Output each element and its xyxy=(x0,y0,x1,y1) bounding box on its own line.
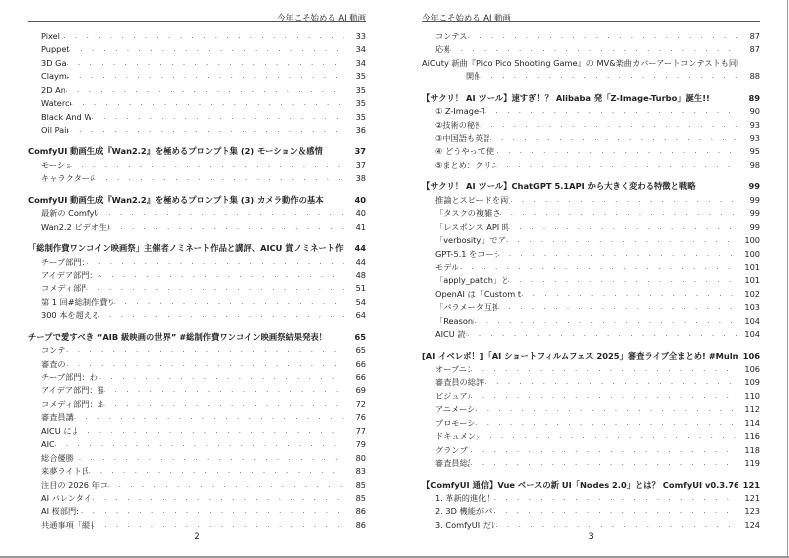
dot-leader xyxy=(81,505,344,518)
toc-entry[interactable]: 300 本を超える作品を見た来夢ライト氏の講評64 xyxy=(28,309,366,322)
toc-entry-page: 116 xyxy=(738,430,760,443)
toc-entry[interactable]: 「タスクの複雑さに応じて考える時間を変える」モデル99 xyxy=(422,207,760,220)
toc-section-entry[interactable]: ComfyUI 動画生成『Wan2.2』を極めるプロンプト集 (2) モーション… xyxy=(28,146,366,159)
toc-entry[interactable]: Watercolor Painting35 xyxy=(28,97,366,110)
toc-entry-title: [AI イベレポ！]「AI ショートフィルムフェス 2025」審査ライブ全まとめ… xyxy=(422,350,738,363)
dot-leader xyxy=(99,371,344,384)
toc-entry-title: AiCuty 新曲『Pico Pico Shooting Game』の MV&楽… xyxy=(422,57,738,70)
dot-leader xyxy=(521,288,738,301)
left-page: 今年こそ始める AI 動画 Pixel Art Style33Puppet An… xyxy=(0,0,394,556)
toc-section-entry[interactable]: [AI イベレポ！]「AI ショートフィルムフェス 2025」審査ライブ全まとめ… xyxy=(422,350,760,363)
toc-section-entry[interactable]: チープで愛すべき “AIB 級映画の世界” #総制作費ワンコイン映画祭結果発表！… xyxy=(28,331,366,344)
toc-entry-page: 99 xyxy=(738,221,760,234)
toc-entry-title: 審査員の総評・応募作品の傾向について xyxy=(435,376,484,389)
toc-entry[interactable]: アイデア部門：その手があったか！ 斜め上の発想48 xyxy=(28,269,366,282)
toc-entry-page: 37 xyxy=(344,159,366,172)
toc-entry-title: オープニング・審査員紹介 xyxy=(435,363,470,376)
dot-leader xyxy=(468,30,738,43)
toc-entry[interactable]: アニメーション部門審査・発表112 xyxy=(422,403,760,416)
dot-leader xyxy=(65,84,344,97)
dot-leader xyxy=(467,328,738,341)
dot-leader xyxy=(484,105,738,118)
toc-entry-title: Oil Painting Style xyxy=(41,124,68,137)
toc-entry-page: 106 xyxy=(738,363,760,376)
toc-entry-page: 76 xyxy=(344,411,366,424)
toc-entry-title: 【ComfyUI 通信】Vue ベースの新 UI「Nodes 2.0」とは？ C… xyxy=(422,479,738,492)
toc-entry[interactable]: コンテストの概要65 xyxy=(28,344,366,357)
toc-entry[interactable]: 審査員の総評・応募作品の傾向について109 xyxy=(422,377,760,390)
dot-leader xyxy=(506,234,738,247)
toc-entry[interactable]: 第 1 回#総制作費ワンコイン映画祭 AICU 賞ノミネート作品一覧54 xyxy=(28,296,366,309)
toc-entry-page: 40 xyxy=(344,207,366,220)
toc-entry-page: 72 xyxy=(344,398,366,411)
toc-entry-page: 95 xyxy=(738,145,760,158)
toc-entry-title: コメディ部門：理屈抜きに笑える！ xyxy=(41,282,86,295)
toc-entry-page: 54 xyxy=(344,296,366,309)
dot-leader xyxy=(69,43,344,56)
toc-entry-title: 【サクリ！ AI ツール】ChatGPT 5.1API から大きく変わる特徴と戦… xyxy=(422,180,698,193)
toc-entry[interactable]: 「レスポンス API 時代の標準モデル」として GPT-5.1 を位置づけ99 xyxy=(422,221,760,234)
running-head: 今年こそ始める AI 動画 xyxy=(277,12,366,24)
toc-entry-title: 推論とスピードを両立する新フラグシップ! 従来の API との違いは？ xyxy=(435,194,510,207)
header-rule xyxy=(28,21,366,22)
toc-entry-title: 3D Game Scene xyxy=(41,57,66,70)
dot-leader xyxy=(470,444,738,457)
toc-entry-page: 35 xyxy=(344,111,366,124)
toc-section-entry[interactable]: 【サクリ！ AI ツール】ChatGPT 5.1API から大きく変わる特徴と戦… xyxy=(422,180,760,193)
toc-entry-title: アイデア部門：その手があったか！ 斜め上の発想 xyxy=(41,269,100,282)
toc-entry-page: 80 xyxy=(344,452,366,465)
dot-leader xyxy=(54,438,344,451)
toc-entry-title: 「総制作費ワンコイン映画祭」主催者ノミネート作品と講評、AICU 賞ノミネート作… xyxy=(28,242,344,255)
toc-entry-title: アイデア部門：猫に演じさせるという「逆転の発想」 xyxy=(41,384,103,397)
dot-leader xyxy=(103,384,344,397)
toc-entry-title: ComfyUI 動画生成『Wan2.2』を極めるプロンプト集 (2) モーション… xyxy=(28,145,325,158)
toc-entry[interactable]: AICU 賞79 xyxy=(28,438,366,451)
toc-entry-page: 93 xyxy=(738,132,760,145)
toc-entry-page: 86 xyxy=(344,505,366,518)
toc-entry-title: 2D Anime Style xyxy=(41,84,65,97)
toc-entry-page: 87 xyxy=(738,30,760,43)
dot-leader xyxy=(494,505,739,518)
dot-leader xyxy=(470,363,738,376)
toc-entry-page: 69 xyxy=(344,384,366,397)
toc-entry[interactable]: 応募方法87 xyxy=(422,43,760,56)
dot-leader xyxy=(79,452,344,465)
dot-leader xyxy=(63,30,344,43)
toc-entry-page: 106 xyxy=(738,350,760,363)
toc-entry[interactable]: コメディ部門：理屈抜きに笑える！51 xyxy=(28,282,366,295)
dot-leader xyxy=(496,145,738,158)
dot-leader xyxy=(495,159,738,172)
toc-entry-page: 109 xyxy=(738,376,760,389)
toc-entry-page: 99 xyxy=(738,180,760,193)
dot-leader xyxy=(94,172,344,185)
toc-entry[interactable]: AI バレンタイン部門: マガジン表紙アート85 xyxy=(28,492,366,505)
dot-leader xyxy=(478,430,738,443)
toc-entry-title: グランプリ決定・最終審査 xyxy=(435,444,470,457)
dot-leader xyxy=(449,43,738,56)
dot-leader xyxy=(71,97,344,110)
toc-entry-title: チープ部門：わざとらしい演技と公民館のリアル xyxy=(41,371,99,384)
toc-entry-page: 51 xyxy=(344,282,366,295)
toc-entry-page: 90 xyxy=(738,105,760,118)
toc-entry[interactable]: モデルと想定用途101 xyxy=(422,261,760,274)
dot-leader xyxy=(86,282,344,295)
toc-entry-page: 44 xyxy=(344,256,366,269)
dot-leader xyxy=(460,261,738,274)
toc-entry[interactable]: ⑤まとめ：クリエイターの新しい武器になる予感！98 xyxy=(422,159,760,172)
toc-entry-page: 102 xyxy=(738,288,760,301)
toc-entry-title: アニメーション部門審査・発表 xyxy=(435,403,475,416)
toc-entry-title: Puppet Animation xyxy=(41,43,69,56)
header-rule xyxy=(422,21,760,22)
toc-entry-page: 79 xyxy=(344,438,366,451)
toc-section-entry[interactable]: 「総制作費ワンコイン映画祭」主催者ノミネート作品と講評、AICU 賞ノミネート作… xyxy=(28,242,366,255)
toc-entry-title: OpenAI は「Custom tools」と「allowed_tools」でツ… xyxy=(435,288,521,301)
toc-entry-page: 103 xyxy=(738,301,760,314)
toc-entry[interactable]: モーション (Motion)37 xyxy=(28,159,366,172)
table-of-contents: コンテストスケジュール87応募方法87AiCuty 新曲『Pico Pico S… xyxy=(422,30,760,532)
toc-entry-title: 応募方法 xyxy=(435,43,449,56)
dot-leader xyxy=(479,119,738,132)
toc-entry-title: 「パラメータ互換性とマイグレーション指針」を明示 xyxy=(435,301,497,314)
toc-entry-page: 110 xyxy=(738,390,760,403)
dot-leader xyxy=(475,417,738,430)
toc-entry[interactable]: 2D Anime Style35 xyxy=(28,84,366,97)
dot-leader xyxy=(107,479,344,492)
toc-entry-title: AI 桜部門: マガジン表紙アート xyxy=(41,505,81,518)
dot-leader xyxy=(499,207,738,220)
toc-entry[interactable]: AICU によるセレクション77 xyxy=(28,425,366,438)
toc-entry-page: 119 xyxy=(738,457,760,470)
toc-entry-page: 104 xyxy=(738,328,760,341)
toc-entry-page: 101 xyxy=(738,261,760,274)
toc-entry-page: 36 xyxy=(344,124,366,137)
toc-entry[interactable]: 来夢ライト氏によるコンテストの総括83 xyxy=(28,465,366,478)
dot-leader xyxy=(68,70,345,83)
toc-entry-title: AICU 賞 xyxy=(41,438,54,451)
toc-entry-title: ビジュアル部門審査・発表 xyxy=(435,390,470,403)
toc-entry-page: 121 xyxy=(738,492,760,505)
toc-entry-page: 37 xyxy=(344,145,366,158)
toc-entry-title: 「apply_patch」と「shell」で “本当に手を動かす AI” を目指… xyxy=(435,274,507,287)
toc-entry-title: コンテストの概要 xyxy=(41,344,66,357)
dot-leader xyxy=(489,132,738,145)
toc-entry[interactable]: プロモーション部門審査・発表114 xyxy=(422,417,760,430)
toc-entry-title: Wan2.2 ビデオ生成 ComfyUI 公式ネイティブワークフロー xyxy=(41,221,109,234)
toc-entry-page: 121 xyxy=(738,479,760,492)
toc-entry-title: 総合優勝（ワンコイン大賞） xyxy=(41,452,79,465)
toc-entry-page: 48 xyxy=(344,269,366,282)
toc-entry[interactable]: グランプリ決定・最終審査118 xyxy=(422,444,760,457)
toc-entry[interactable]: コメディ部門：おじいさんのアップにすべてを懸ける72 xyxy=(28,398,366,411)
toc-entry-title: 「タスクの複雑さに応じて考える時間を変える」モデル xyxy=(435,207,499,220)
dot-leader xyxy=(66,344,344,357)
toc-entry[interactable]: ③中国語も英語も描ける！ バイリンガル性能93 xyxy=(422,132,760,145)
toc-entry[interactable]: Black And White Animation Segment35 xyxy=(28,111,366,124)
table-of-contents: Pixel Art Style33Puppet Animation343D Ga… xyxy=(28,30,366,532)
toc-entry-title: 「レスポンス API 時代の標準モデル」として GPT-5.1 を位置づけ xyxy=(435,221,508,234)
toc-section-entry[interactable]: 【ComfyUI 通信】Vue ベースの新 UI「Nodes 2.0」とは？ C… xyxy=(422,479,760,492)
toc-entry-page: 89 xyxy=(738,92,760,105)
toc-entry-page: 65 xyxy=(344,344,366,357)
dot-leader xyxy=(470,457,738,470)
dot-leader xyxy=(475,403,738,416)
toc-entry-page: 66 xyxy=(344,358,366,371)
dot-leader xyxy=(497,248,738,261)
dot-leader xyxy=(66,57,344,70)
toc-entry-page: 112 xyxy=(738,403,760,416)
toc-entry[interactable]: Oil Painting Style36 xyxy=(28,124,366,137)
toc-entry-page: 33 xyxy=(344,30,366,43)
toc-entry-title: 「Reasoning Model」を宣言 xyxy=(435,315,474,328)
toc-entry-title: 第 1 回#総制作費ワンコイン映画祭 AICU 賞ノミネート作品一覧 xyxy=(41,296,113,309)
toc-entry[interactable]: チープ部門：予算 5 ドルの創意工夫44 xyxy=(28,256,366,269)
toc-entry-page: 104 xyxy=(738,315,760,328)
toc-entry[interactable]: ビジュアル部門審査・発表110 xyxy=(422,390,760,403)
toc-entry-page: 123 xyxy=(738,505,760,518)
dot-leader xyxy=(76,425,344,438)
dot-leader xyxy=(470,390,738,403)
toc-entry-title: 審査のコンセプト xyxy=(41,358,66,371)
toc-entry-title: ① Z-Image-Turbo って何がすごいの？ xyxy=(435,105,484,118)
toc-entry-page: 34 xyxy=(344,43,366,56)
toc-entry-title: ②技術の秘密：S3-DiT と蒸留技術 xyxy=(435,119,479,132)
toc-entry-title: ⑤まとめ：クリエイターの新しい武器になる予感！ xyxy=(435,159,495,172)
dot-leader xyxy=(497,301,738,314)
toc-section-entry[interactable]: ComfyUI 動画生成『Wan2.2』を極めるプロンプト集 (3) カメラ動作… xyxy=(28,194,366,207)
toc-entry-title: Black And White Animation Segment xyxy=(41,111,91,124)
dot-leader xyxy=(494,492,738,505)
toc-entry-title: 注目の 2026 年コンテストは、システムもパワーアップ！ xyxy=(41,479,107,492)
toc-entry[interactable]: 審査のコンセプト66 xyxy=(28,358,366,371)
toc-entry-page: 77 xyxy=(344,425,366,438)
toc-entry[interactable]: AiCuty 新曲『Pico Pico Shooting Game』の MV&楽… xyxy=(422,57,760,70)
toc-entry[interactable]: ④ どうやって使うの？（Python & ComfyUI 情報）95 xyxy=(422,146,760,159)
toc-entry-title: コメディ部門：おじいさんのアップにすべてを懸ける xyxy=(41,398,103,411)
toc-entry-page: 100 xyxy=(738,234,760,247)
toc-entry-title: ④ どうやって使うの？（Python & ComfyUI 情報） xyxy=(435,145,496,158)
dot-leader xyxy=(103,398,344,411)
toc-entry-title: ③中国語も英語も描ける！ バイリンガル性能 xyxy=(435,132,489,145)
toc-entry-title: AICU によるセレクション xyxy=(41,425,76,438)
toc-entry-title: チープ部門：予算 5 ドルの創意工夫 xyxy=(41,256,87,269)
dot-leader xyxy=(87,256,345,269)
toc-entry[interactable]: OpenAI は「Custom tools」と「allowed_tools」でツ… xyxy=(422,288,760,301)
toc-entry[interactable]: キャラクターの感情 (Character Emotion)38 xyxy=(28,172,366,185)
toc-entry-title: モーション (Motion) xyxy=(41,159,70,172)
toc-entry[interactable]: Wan2.2 ビデオ生成 ComfyUI 公式ネイティブワークフロー41 xyxy=(28,221,366,234)
toc-entry-page: 38 xyxy=(344,172,366,185)
toc-entry[interactable]: 「パラメータ互換性とマイグレーション指針」を明示103 xyxy=(422,301,760,314)
toc-entry[interactable]: 2. 3D 機能がパワーアップ！ パノラマの世界へ！123 xyxy=(422,505,760,518)
toc-entry-title: キャラクターの感情 (Character Emotion) xyxy=(41,172,94,185)
dot-leader xyxy=(484,376,738,389)
toc-entry-page: 83 xyxy=(344,465,366,478)
toc-entry[interactable]: 「verbosity」でアウトプット量も明示的にコントロールさせる100 xyxy=(422,234,760,247)
toc-entry-title: 来夢ライト氏によるコンテストの総括 xyxy=(41,465,88,478)
toc-entry-title: ComfyUI 動画生成『Wan2.2』を極めるプロンプト集 (3) カメラ動作… xyxy=(28,194,326,207)
toc-entry[interactable]: 総合優勝（ワンコイン大賞）80 xyxy=(28,452,366,465)
toc-entry[interactable]: Puppet Animation34 xyxy=(28,43,366,56)
toc-entry[interactable]: 開催中！88 xyxy=(422,70,760,83)
toc-entry-page: 85 xyxy=(344,479,366,492)
toc-entry-page: 99 xyxy=(738,207,760,220)
dot-leader xyxy=(97,207,344,220)
toc-entry-page: 98 xyxy=(738,159,760,172)
toc-entry-page: 93 xyxy=(738,119,760,132)
toc-entry-title: モデルと想定用途 xyxy=(435,261,460,274)
toc-entry[interactable]: ① Z-Image-Turbo って何がすごいの？90 xyxy=(422,105,760,118)
toc-entry[interactable]: GPT-5.1 をコーディング＆エージェント用途に最適化100 xyxy=(422,248,760,261)
toc-entry[interactable]: 審査員講評：来夢ライト76 xyxy=(28,411,366,424)
toc-entry[interactable]: 1. 革新的進化！「Nodes 2.0」で何が変わるの？121 xyxy=(422,492,760,505)
toc-entry-title: チープで愛すべき “AIB 級映画の世界” #総制作費ワンコイン映画祭結果発表！ xyxy=(28,331,329,344)
toc-entry-title: コンテストスケジュール xyxy=(435,30,468,43)
toc-entry-page: 101 xyxy=(738,274,760,287)
toc-entry-page: 35 xyxy=(344,84,366,97)
toc-entry[interactable]: チープ部門：わざとらしい演技と公民館のリアル66 xyxy=(28,371,366,384)
toc-entry[interactable]: オープニング・審査員紹介106 xyxy=(422,363,760,376)
toc-entry-page: 44 xyxy=(344,242,366,255)
toc-entry-title: AICU 読者への実践メモ xyxy=(435,328,467,341)
toc-entry-page: 65 xyxy=(344,331,366,344)
toc-entry-title: Claymation Style xyxy=(41,70,68,83)
toc-entry[interactable]: コンテストスケジュール87 xyxy=(422,30,760,43)
toc-entry-title: 審査員総評・エンディング xyxy=(435,457,470,470)
toc-entry-page: 87 xyxy=(738,43,760,56)
toc-entry-title: GPT-5.1 をコーディング＆エージェント用途に最適化 xyxy=(435,248,497,261)
toc-entry[interactable]: 「Reasoning Model」を宣言104 xyxy=(422,315,760,328)
toc-entry-page: 35 xyxy=(344,70,366,83)
dot-leader xyxy=(510,194,738,207)
dot-leader xyxy=(68,124,345,137)
toc-entry-page: 100 xyxy=(738,248,760,261)
toc-section-entry[interactable]: 【サクリ！ AI ツール】速すぎ！？ Alibaba 発「Z-Image-Tur… xyxy=(422,92,760,105)
right-page: 今年こそ始める AI 動画 コンテストスケジュール87応募方法87AiCuty … xyxy=(395,0,788,556)
toc-entry[interactable]: 「apply_patch」と「shell」で “本当に手を動かす AI” を目指… xyxy=(422,274,760,287)
toc-entry-page: 114 xyxy=(738,417,760,430)
toc-entry[interactable]: 最新の ComfyUI の基本テンプレートから学ぶ40 xyxy=(28,207,366,220)
toc-entry-title: 最新の ComfyUI の基本テンプレートから学ぶ xyxy=(41,207,97,220)
toc-entry-page: 99 xyxy=(738,194,760,207)
toc-entry[interactable]: Claymation Style35 xyxy=(28,70,366,83)
dot-leader xyxy=(97,309,344,322)
dot-leader xyxy=(92,492,344,505)
toc-entry-page: 35 xyxy=(344,97,366,110)
toc-entry[interactable]: ドキュメンタリー部門審査・発表116 xyxy=(422,430,760,443)
toc-entry-page: 41 xyxy=(344,221,366,234)
toc-entry-title: 300 本を超える作品を見た来夢ライト氏の講評 xyxy=(41,309,97,322)
dot-leader xyxy=(508,221,738,234)
dot-leader xyxy=(507,274,738,287)
toc-entry-title: AI バレンタイン部門: マガジン表紙アート xyxy=(41,492,92,505)
toc-entry-title: 【サクリ！ AI ツール】速すぎ！？ Alibaba 発「Z-Image-Tur… xyxy=(422,92,712,105)
dot-leader xyxy=(74,411,344,424)
toc-entry[interactable]: 注目の 2026 年コンテストは、システムもパワーアップ！85 xyxy=(28,479,366,492)
toc-entry-page: 66 xyxy=(344,371,366,384)
toc-entry[interactable]: ②技術の秘密：S3-DiT と蒸留技術93 xyxy=(422,119,760,132)
dot-leader xyxy=(66,358,344,371)
dot-leader xyxy=(70,159,344,172)
toc-entry-page: 85 xyxy=(344,492,366,505)
toc-entry-page: 88 xyxy=(738,70,760,83)
toc-entry-title: 1. 革新的進化！「Nodes 2.0」で何が変わるの？ xyxy=(435,492,494,505)
toc-entry-title: ドキュメンタリー部門審査・発表 xyxy=(435,430,478,443)
toc-entry[interactable]: アイデア部門：猫に演じさせるという「逆転の発想」69 xyxy=(28,385,366,398)
dot-leader xyxy=(91,111,344,124)
toc-entry-page: 64 xyxy=(344,309,366,322)
toc-entry[interactable]: AI 桜部門: マガジン表紙アート86 xyxy=(28,505,366,518)
toc-entry-title: 2. 3D 機能がパワーアップ！ パノラマの世界へ！ xyxy=(435,505,494,518)
toc-entry-title: 審査員講評：来夢ライト xyxy=(41,411,74,424)
dot-leader xyxy=(113,296,344,309)
dot-leader xyxy=(100,269,344,282)
toc-entry[interactable]: 審査員総評・エンディング119 xyxy=(422,457,760,470)
toc-entry[interactable]: 推論とスピードを両立する新フラグシップ! 従来の API との違いは？99 xyxy=(422,194,760,207)
dot-leader xyxy=(479,70,738,83)
toc-entry[interactable]: Pixel Art Style33 xyxy=(28,30,366,43)
toc-entry-page: 118 xyxy=(738,444,760,457)
toc-entry[interactable]: AICU 読者への実践メモ104 xyxy=(422,328,760,341)
toc-entry-page: 40 xyxy=(344,194,366,207)
toc-entry-title: プロモーション部門審査・発表 xyxy=(435,417,475,430)
page-number: 3 xyxy=(395,531,787,541)
toc-entry-title: 開催中！ xyxy=(466,70,479,83)
toc-entry[interactable]: 3D Game Scene34 xyxy=(28,57,366,70)
page-number: 2 xyxy=(0,531,394,541)
toc-entry-title: Watercolor Painting xyxy=(41,97,71,110)
toc-entry-page: 34 xyxy=(344,57,366,70)
dot-leader xyxy=(109,221,344,234)
dot-leader xyxy=(88,465,344,478)
toc-entry-title: 「verbosity」でアウトプット量も明示的にコントロールさせる xyxy=(435,234,506,247)
dot-leader xyxy=(474,315,738,328)
running-head: 今年こそ始める AI 動画 xyxy=(422,12,511,24)
toc-entry-title: Pixel Art Style xyxy=(41,30,63,43)
